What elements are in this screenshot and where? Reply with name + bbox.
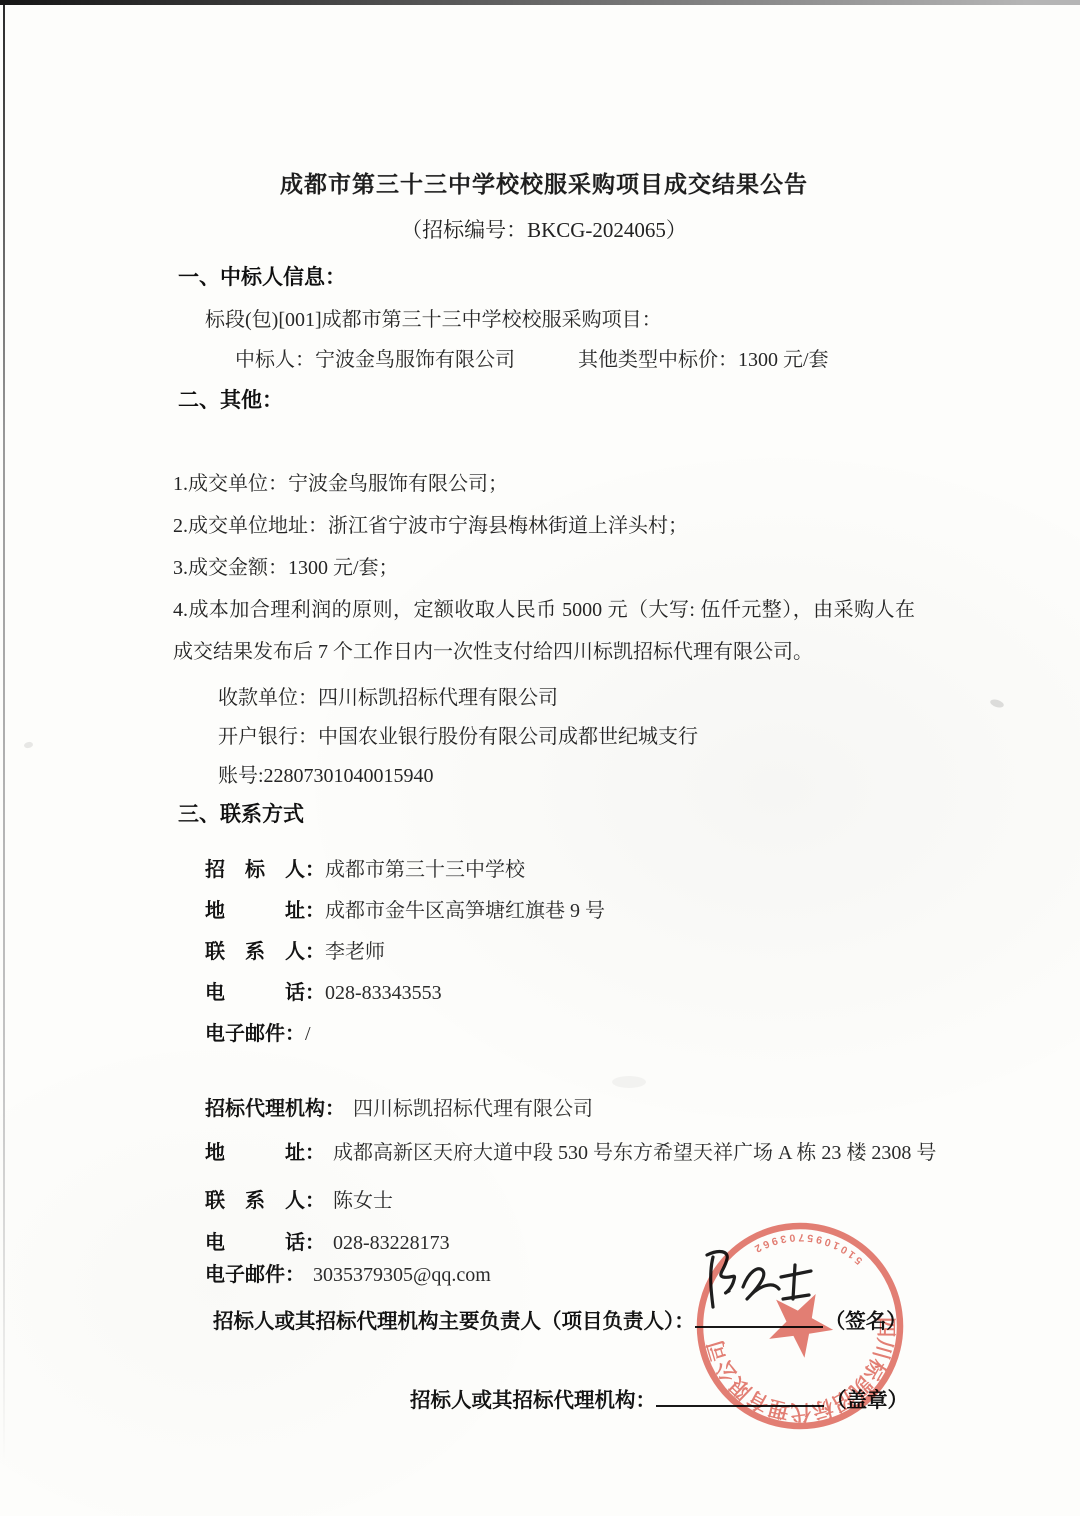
contact-label: 招标代理机构： (205, 1098, 345, 1120)
seal-star-icon (764, 1292, 837, 1362)
contact-value: 四川标凯招标代理有限公司 (353, 1098, 593, 1120)
contact-row: 电子邮件：/ (205, 1014, 915, 1055)
section-heading-contact: 三、联系方式 (178, 800, 915, 830)
section-heading-other: 二、其他： (178, 387, 915, 415)
lot-line: 标段(包)[001]成都市第三十三中学校校服采购项目： (205, 306, 915, 334)
contact-label: 招 标 人： (205, 859, 325, 881)
contact-row: 地 址：成都高新区天府大道中段 530 号东方希望天祥广场 A 栋 23 楼 2… (205, 1133, 915, 1173)
contact-row: 招 标 人：成都市第三十三中学校 (205, 850, 915, 891)
contact-value: 成都市金牛区高笋塘红旗巷 9 号 (325, 900, 605, 922)
winning-price: 其他类型中标价：1300 元/套 (578, 349, 829, 371)
tenderer-contact-block: 招 标 人：成都市第三十三中学校 地 址：成都市金牛区高笋塘红旗巷 9 号 联 … (205, 850, 915, 1055)
tender-number-subtitle: （招标编号：BKCG-2024065） (173, 216, 915, 244)
official-seal: 四川标凯招标代理有限公司 5101095703962 (683, 1209, 917, 1443)
signature-line2-label: 招标人或其招标代理机构： (410, 1389, 656, 1412)
contact-value: / (305, 1023, 311, 1045)
section-heading-winner-info: 一、中标人信息： (178, 264, 915, 292)
contact-label: 电子邮件： (205, 1264, 305, 1286)
contact-label: 联 系 人： (205, 941, 325, 963)
contact-value: 陈女士 (333, 1190, 393, 1212)
contact-value: 028-83228173 (333, 1232, 450, 1254)
other-item: 2.成交单位地址：浙江省宁波市宁海县梅林街道上洋头村； (173, 505, 915, 547)
contact-value: 成都市第三十三中学校 (325, 859, 525, 881)
payee-line: 收款单位：四川标凯招标代理有限公司 (218, 679, 915, 718)
contact-label: 电 话： (205, 982, 325, 1004)
contact-row: 电 话：028-83343553 (205, 973, 915, 1014)
contact-label: 地 址： (205, 1142, 325, 1164)
document-body: 成都市第三十三中学校校服采购项目成交结果公告 （招标编号：BKCG-202406… (0, 0, 1080, 1416)
contact-value: 028-83343553 (325, 982, 442, 1004)
contact-label: 电 话： (205, 1232, 325, 1254)
other-item: 1.成交单位：宁波金鸟服饰有限公司； (173, 463, 915, 505)
contact-row: 联 系 人：李老师 (205, 932, 915, 973)
bank-line: 开户银行：中国农业银行股份有限公司成都世纪城支行 (218, 718, 915, 757)
winner-line: 中标人：宁波金鸟服饰有限公司 其他类型中标价：1300 元/套 (235, 346, 915, 374)
contact-label: 地 址： (205, 900, 325, 922)
contact-label: 电子邮件： (205, 1023, 305, 1045)
contact-label: 联 系 人： (205, 1190, 325, 1212)
other-item: 4.成本加合理利润的原则，定额收取人民币 5000 元（大写: 伍仟元整），由采… (173, 589, 915, 673)
document-title: 成都市第三十三中学校校服采购项目成交结果公告 (173, 170, 915, 200)
contact-value: 3035379305@qq.com (313, 1264, 491, 1286)
winner-name: 中标人：宁波金鸟服饰有限公司 (235, 349, 515, 371)
contact-row: 地 址：成都市金牛区高笋塘红旗巷 9 号 (205, 891, 915, 932)
other-item: 3.成交金额：1300 元/套； (173, 547, 915, 589)
payment-block: 收款单位：四川标凯招标代理有限公司 开户银行：中国农业银行股份有限公司成都世纪城… (218, 679, 915, 796)
contact-value: 成都高新区天府大道中段 530 号东方希望天祥广场 A 栋 23 楼 2308 … (333, 1142, 936, 1164)
other-items-list: 1.成交单位：宁波金鸟服饰有限公司； 2.成交单位地址：浙江省宁波市宁海县梅林街… (173, 463, 915, 673)
scanned-document-page: 成都市第三十三中学校校服采购项目成交结果公告 （招标编号：BKCG-202406… (0, 0, 1080, 1516)
contact-row: 招标代理机构：四川标凯招标代理有限公司 (205, 1089, 915, 1129)
account-line: 账号:22807301040015940 (218, 757, 915, 796)
contact-value: 李老师 (325, 941, 385, 963)
signature-line1-label: 招标人或其招标代理机构主要负责人（项目负责人）： (213, 1310, 695, 1333)
